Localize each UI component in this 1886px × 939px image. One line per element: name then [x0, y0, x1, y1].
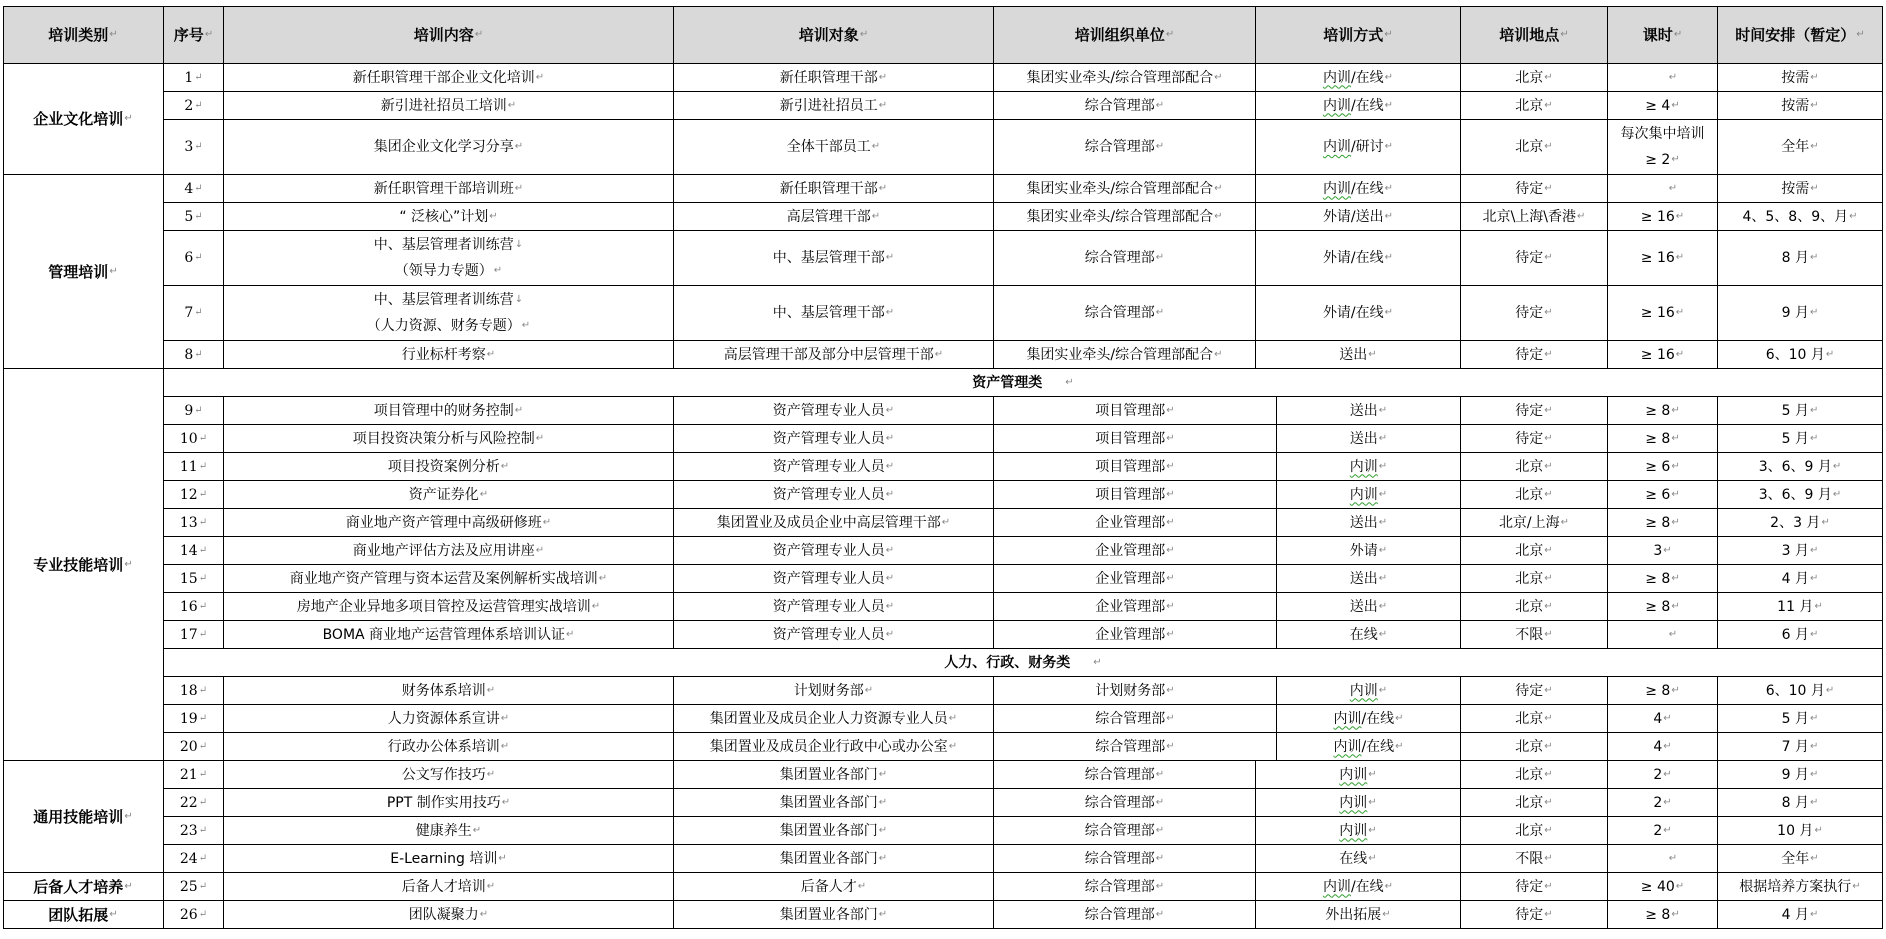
- category-cell: 团队拓展↵: [3, 901, 164, 929]
- training-audience-value: 集团置业及成员企业中高层管理干部: [717, 510, 941, 536]
- training-hours-line: ≥ 4: [1645, 98, 1670, 114]
- row-index-value: 26: [180, 902, 198, 928]
- paragraph-mark-icon: ↵: [886, 566, 894, 592]
- paragraph-mark-icon: ↵: [1810, 706, 1818, 732]
- training-organizer: 计划财务部↵: [994, 677, 1277, 705]
- training-hours: 2↵: [1608, 761, 1718, 789]
- training-hours-line: ≥ 40: [1641, 879, 1675, 895]
- training-audience: 资产管理专业人员↵: [674, 453, 994, 481]
- training-content-line: BOMA 商业地产运营管理体系培训认证: [323, 627, 565, 643]
- paragraph-mark-icon: ↵: [194, 134, 202, 160]
- paragraph-mark-icon: ↵: [1156, 902, 1164, 928]
- paragraph-mark-icon: ↵: [949, 706, 957, 732]
- paragraph-mark-icon: ↵: [1156, 134, 1164, 160]
- training-hours-line: 2: [1653, 823, 1662, 839]
- training-content-line: 项目投资决策分析与风险控制: [353, 431, 535, 447]
- training-content: 新任职管理干部培训班↵: [224, 175, 674, 203]
- training-method-value: 送出: [1350, 566, 1378, 592]
- training-schedule-value: 按需: [1781, 65, 1809, 91]
- paragraph-mark-icon: ↵: [1663, 713, 1671, 724]
- paragraph-mark-icon: ↵: [1379, 426, 1387, 452]
- training-method: 内训↵: [1277, 453, 1461, 481]
- training-method: 内训/在线↵: [1277, 733, 1461, 761]
- training-schedule: 按需↵: [1718, 92, 1883, 120]
- training-content: 人力资源体系宣讲↵: [224, 705, 674, 733]
- paragraph-mark-icon: ↵: [1368, 846, 1376, 872]
- paragraph-mark-icon: ↵: [494, 265, 502, 276]
- paragraph-mark-icon: ↵: [1676, 349, 1684, 360]
- row-index: 11↵: [164, 453, 224, 481]
- paragraph-mark-icon: ↵: [1810, 134, 1818, 160]
- row-index: 9↵: [164, 397, 224, 425]
- paragraph-mark-icon: ↵: [1849, 204, 1857, 230]
- paragraph-mark-icon: ↵: [1385, 134, 1393, 160]
- paragraph-mark-icon: ↵: [1671, 405, 1679, 416]
- training-organizer: 企业管理部↵: [994, 593, 1277, 621]
- paragraph-mark-icon: ↵: [1671, 685, 1679, 696]
- training-schedule: 9 月↵: [1718, 286, 1883, 341]
- paragraph-mark-icon: ↵: [199, 622, 207, 648]
- training-audience: 资产管理专业人员↵: [674, 481, 994, 509]
- paragraph-mark-icon: ↵: [194, 93, 202, 119]
- paragraph-mark-icon: ↵: [1810, 176, 1818, 202]
- paragraph-mark-icon: ↵: [124, 804, 132, 830]
- training-audience-value: 资产管理专业人员: [773, 594, 885, 620]
- paragraph-mark-icon: ↵: [1810, 398, 1818, 424]
- training-hours: ↵: [1608, 175, 1718, 203]
- paragraph-mark-icon: ↵: [536, 545, 544, 556]
- training-organizer-value: 综合管理部: [1095, 706, 1165, 732]
- paragraph-mark-icon: ↵: [199, 846, 207, 872]
- paragraph-mark-icon: ↵: [473, 825, 481, 836]
- paragraph-mark-icon: ↵: [1671, 461, 1679, 472]
- training-organizer-value: 综合管理部: [1085, 245, 1155, 271]
- training-hours: ≥ 8↵: [1608, 677, 1718, 705]
- training-content-line: E-Learning 培训: [390, 851, 497, 867]
- training-method-value: 内训: [1339, 790, 1367, 816]
- training-method: 送出↵: [1277, 509, 1461, 537]
- training-location-value: 待定: [1515, 902, 1543, 928]
- training-content-line: 行政办公体系培训: [388, 739, 500, 755]
- paragraph-mark-icon: ↵: [1368, 790, 1376, 816]
- column-header-label: 培训对象: [799, 22, 859, 48]
- paragraph-mark-icon: ↵: [199, 482, 207, 508]
- category-label: 管理培训: [48, 259, 108, 285]
- training-schedule: 6、10 月↵: [1718, 677, 1883, 705]
- paragraph-mark-icon: ↵: [1544, 245, 1552, 271]
- training-location: 北京\上海\香港↵: [1461, 203, 1608, 231]
- training-hours-line: ≥ 6: [1645, 487, 1670, 503]
- paragraph-mark-icon: ↵: [942, 510, 950, 536]
- column-header-label: 培训类别: [48, 22, 108, 48]
- training-hours: ≥ 16↵: [1608, 203, 1718, 231]
- training-hours: ≥ 8↵: [1608, 593, 1718, 621]
- training-content: 行政办公体系培训↵: [224, 733, 674, 761]
- paragraph-mark-icon: ↵: [1166, 454, 1174, 480]
- paragraph-mark-icon: ↵: [1379, 510, 1387, 536]
- paragraph-mark-icon: ↵: [194, 245, 202, 271]
- training-method: 外请↵: [1277, 537, 1461, 565]
- training-schedule: 5 月↵: [1718, 705, 1883, 733]
- paragraph-mark-icon: ↵: [1561, 510, 1569, 536]
- training-content: 公文写作技巧↵: [224, 761, 674, 789]
- training-method: 送出↵: [1277, 425, 1461, 453]
- paragraph-mark-icon: ↵: [1544, 566, 1552, 592]
- training-location: 不限↵: [1461, 845, 1608, 873]
- training-audience: 高层管理干部及部分中层管理干部↵: [674, 341, 994, 369]
- paragraph-mark-icon: ↵: [872, 204, 880, 230]
- training-audience: 资产管理专业人员↵: [674, 537, 994, 565]
- training-audience-value: 资产管理专业人员: [773, 398, 885, 424]
- paragraph-mark-icon: ↵: [1810, 538, 1818, 564]
- training-hours: 2↵: [1608, 789, 1718, 817]
- training-schedule-value: 按需: [1781, 176, 1809, 202]
- training-organizer-value: 项目管理部: [1095, 482, 1165, 508]
- training-method: 送出↵: [1277, 565, 1461, 593]
- paragraph-mark-icon: ↵: [1676, 307, 1684, 318]
- training-hours: ≥ 4↵: [1608, 92, 1718, 120]
- paragraph-mark-icon: ↵: [1544, 818, 1552, 844]
- paragraph-mark-icon: ↵: [886, 245, 894, 271]
- training-location: 待定↵: [1461, 677, 1608, 705]
- paragraph-mark-icon: ↵: [1676, 211, 1684, 222]
- training-organizer: 综合管理部↵: [994, 901, 1256, 929]
- training-content: 新任职管理干部企业文化培训↵: [224, 64, 674, 92]
- paragraph-mark-icon: ↵: [879, 846, 887, 872]
- training-organizer: 综合管理部↵: [994, 761, 1256, 789]
- paragraph-mark-icon: ↵: [205, 22, 213, 48]
- column-header-index: 序号↵: [164, 6, 224, 64]
- training-schedule-value: 全年: [1781, 846, 1809, 872]
- training-method-value: 送出: [1350, 594, 1378, 620]
- training-location-value: 待定: [1515, 342, 1543, 368]
- training-schedule-value: 4、5、8、9、月: [1742, 204, 1848, 230]
- training-schedule: 4 月↵: [1718, 901, 1883, 929]
- training-audience: 高层管理干部↵: [674, 203, 994, 231]
- training-schedule: 3、6、9 月↵: [1718, 453, 1883, 481]
- training-method-value: 在线: [1350, 622, 1378, 648]
- training-hours-line: 每次集中培训: [1621, 126, 1705, 142]
- paragraph-mark-icon: ↵: [1676, 252, 1684, 263]
- training-method-value: 内训: [1350, 454, 1378, 480]
- training-content: BOMA 商业地产运营管理体系培训认证↵: [224, 621, 674, 649]
- paragraph-mark-icon: ↵: [886, 426, 894, 452]
- training-hours-line: ≥ 16: [1641, 209, 1675, 225]
- paragraph-mark-icon: ↵: [1856, 22, 1864, 48]
- row-index-value: 2: [184, 93, 193, 119]
- training-audience-value: 全体干部员工: [787, 134, 871, 160]
- training-method-value: 内训: [1339, 762, 1367, 788]
- training-schedule: 6、10 月↵: [1718, 341, 1883, 369]
- paragraph-mark-icon: ↵: [199, 818, 207, 844]
- paragraph-mark-icon: ↵: [1395, 734, 1403, 760]
- training-schedule-value: 6、10 月: [1766, 342, 1825, 368]
- training-schedule-value: 6 月: [1782, 622, 1809, 648]
- row-index: 6↵: [164, 231, 224, 286]
- training-organizer: 综合管理部↵: [994, 789, 1256, 817]
- training-organizer-value: 综合管理部: [1085, 134, 1155, 160]
- training-hours-line: 2: [1653, 795, 1662, 811]
- paragraph-mark-icon: ↵: [1544, 594, 1552, 620]
- row-index-value: 14: [180, 538, 198, 564]
- training-schedule: 9 月↵: [1718, 761, 1883, 789]
- training-content-line: 项目管理中的财务控制: [374, 403, 514, 419]
- paragraph-mark-icon: ↵: [1156, 762, 1164, 788]
- training-schedule: 按需↵: [1718, 64, 1883, 92]
- training-content-line: 团队凝聚力: [409, 907, 479, 923]
- paragraph-mark-icon: ↵: [1810, 762, 1818, 788]
- row-index-value: 16: [180, 594, 198, 620]
- subsection-label: 人力、行政、财务类: [944, 650, 1070, 676]
- training-method-value: 外出拓展: [1325, 902, 1381, 928]
- training-organizer-value: 企业管理部: [1095, 538, 1165, 564]
- paragraph-mark-icon: ↵: [1544, 398, 1552, 424]
- training-hours-line: ≥ 8: [1645, 907, 1670, 923]
- row-index: 26↵: [164, 901, 224, 929]
- training-schedule-value: 9 月: [1782, 300, 1809, 326]
- paragraph-mark-icon: ↵: [1544, 65, 1552, 91]
- paragraph-mark-icon: ↵: [879, 176, 887, 202]
- training-location-value: 北京: [1515, 818, 1543, 844]
- training-location-value: 待定: [1515, 300, 1543, 326]
- training-content: “ 泛核心”计划↵: [224, 203, 674, 231]
- paragraph-mark-icon: ↵: [489, 211, 497, 222]
- paragraph-mark-icon: ↵: [501, 461, 509, 472]
- training-method: 送出↵: [1277, 397, 1461, 425]
- training-location: 待定↵: [1461, 286, 1608, 341]
- training-organizer: 综合管理部↵: [994, 845, 1256, 873]
- row-index: 5↵: [164, 203, 224, 231]
- training-content: 后备人才培训↵: [224, 873, 674, 901]
- column-header-content: 培训内容↵: [224, 6, 674, 64]
- training-audience-value: 资产管理专业人员: [773, 538, 885, 564]
- paragraph-mark-icon: ↵: [194, 176, 202, 202]
- training-audience-value: 集团置业及成员企业行政中心或办公室: [710, 734, 948, 760]
- paragraph-mark-icon: ↵: [1379, 482, 1387, 508]
- training-organizer-value: 企业管理部: [1095, 594, 1165, 620]
- subsection-header: 人力、行政、财务类↵: [164, 649, 1883, 677]
- training-organizer: 项目管理部↵: [994, 481, 1277, 509]
- training-location-value: 北京: [1515, 762, 1543, 788]
- training-organizer-value: 综合管理部: [1085, 846, 1155, 872]
- paragraph-mark-icon: ↵: [1379, 678, 1387, 704]
- training-audience: 计划财务部↵: [674, 677, 994, 705]
- training-content-line: 商业地产资产管理中高级研修班: [346, 515, 542, 531]
- training-schedule-value: 4 月: [1782, 566, 1809, 592]
- paragraph-mark-icon: ↵: [1544, 538, 1552, 564]
- paragraph-mark-icon: ↵: [1385, 93, 1393, 119]
- training-hours-line: ≥ 16: [1641, 305, 1675, 321]
- training-content-line: 中、基层管理者训练营: [374, 292, 514, 308]
- training-location: 北京↵: [1461, 817, 1608, 845]
- paragraph-mark-icon: ↵: [1544, 846, 1552, 872]
- row-index: 1↵: [164, 64, 224, 92]
- training-organizer-value: 综合管理部: [1085, 874, 1155, 900]
- training-hours: ≥ 6↵: [1608, 453, 1718, 481]
- paragraph-mark-icon: ↵: [1544, 134, 1552, 160]
- training-audience: 集团置业各部门↵: [674, 845, 994, 873]
- training-hours: ≥ 6↵: [1608, 481, 1718, 509]
- category-label: 通用技能培训: [33, 804, 123, 830]
- training-schedule-value: 8 月: [1782, 790, 1809, 816]
- training-content: 健康养生↵: [224, 817, 674, 845]
- paragraph-mark-icon: ↵: [1663, 741, 1671, 752]
- training-method-value: 内训/在线: [1323, 874, 1384, 900]
- training-content-line: 健康养生: [416, 823, 472, 839]
- row-index-value: 13: [180, 510, 198, 536]
- paragraph-mark-icon: ↵: [1577, 204, 1585, 230]
- training-location: 待定↵: [1461, 341, 1608, 369]
- training-schedule-value: 2、3 月: [1770, 510, 1820, 536]
- training-content-line: 财务体系培训: [402, 683, 486, 699]
- training-hours-line: ≥ 2: [1645, 152, 1670, 168]
- training-schedule: 11 月↵: [1718, 593, 1883, 621]
- training-hours-line: ≥ 8: [1645, 571, 1670, 587]
- paragraph-mark-icon: ↵: [1810, 846, 1818, 872]
- training-schedule: 5 月↵: [1718, 425, 1883, 453]
- row-index-value: 25: [180, 874, 198, 900]
- training-content-line: （领导力专题）: [395, 263, 493, 279]
- training-organizer-value: 综合管理部: [1085, 762, 1155, 788]
- paragraph-mark-icon: ↵: [1379, 566, 1387, 592]
- paragraph-mark-icon: ↵: [1166, 482, 1174, 508]
- training-schedule-value: 9 月: [1782, 762, 1809, 788]
- training-organizer: 项目管理部↵: [994, 397, 1277, 425]
- paragraph-mark-icon: ↵: [858, 874, 866, 900]
- training-location-value: 北京: [1515, 93, 1543, 119]
- paragraph-mark-icon: ↵: [1544, 622, 1552, 648]
- training-audience: 资产管理专业人员↵: [674, 425, 994, 453]
- training-method-value: 内训: [1350, 678, 1378, 704]
- training-audience: 全体干部员工↵: [674, 120, 994, 175]
- training-schedule-value: 3、6、9 月: [1759, 454, 1832, 480]
- training-location: 北京↵: [1461, 593, 1608, 621]
- training-organizer: 项目管理部↵: [994, 425, 1277, 453]
- training-audience-value: 集团置业各部门: [780, 818, 878, 844]
- training-schedule-value: 根据培养方案执行: [1739, 874, 1851, 900]
- training-location: 待定↵: [1461, 901, 1608, 929]
- paragraph-mark-icon: ↵: [1166, 510, 1174, 536]
- training-organizer-value: 项目管理部: [1095, 426, 1165, 452]
- subsection-header: 资产管理类↵: [164, 369, 1883, 397]
- training-audience-value: 资产管理专业人员: [773, 482, 885, 508]
- paragraph-mark-icon: ↵: [1379, 622, 1387, 648]
- paragraph-mark-icon: ↵: [487, 769, 495, 780]
- category-label: 团队拓展: [48, 902, 108, 928]
- paragraph-mark-icon: ↵: [1544, 342, 1552, 368]
- training-location: 待定↵: [1461, 397, 1608, 425]
- training-method: 内训↵: [1256, 817, 1461, 845]
- paragraph-mark-icon: ↵: [515, 405, 523, 416]
- training-organizer-value: 综合管理部: [1085, 818, 1155, 844]
- training-content: 中、基层管理者训练营↓（领导力专题）↵: [224, 231, 674, 286]
- training-schedule: 全年↵: [1718, 120, 1883, 175]
- training-schedule: 3、6、9 月↵: [1718, 481, 1883, 509]
- paragraph-mark-icon: ↵: [1669, 629, 1677, 640]
- training-schedule: 3 月↵: [1718, 537, 1883, 565]
- column-header-label: 时间安排（暂定）: [1735, 22, 1855, 48]
- paragraph-mark-icon: ↵: [1368, 818, 1376, 844]
- paragraph-mark-icon: ↵: [1833, 482, 1841, 508]
- paragraph-mark-icon: ↵: [1395, 706, 1403, 732]
- training-content: 团队凝聚力↵: [224, 901, 674, 929]
- training-hours-line: ≥ 8: [1645, 403, 1670, 419]
- paragraph-mark-icon: ↵: [1810, 734, 1818, 760]
- paragraph-mark-icon: ↵: [1379, 398, 1387, 424]
- paragraph-mark-icon: ↵: [872, 134, 880, 160]
- paragraph-mark-icon: ↵: [1671, 909, 1679, 920]
- paragraph-mark-icon: ↵: [1214, 204, 1222, 230]
- paragraph-mark-icon: ↵: [1385, 204, 1393, 230]
- training-hours-line: ≥ 8: [1645, 431, 1670, 447]
- column-header-schedule: 时间安排（暂定）↵: [1718, 6, 1883, 64]
- paragraph-mark-icon: ↵: [886, 398, 894, 424]
- training-content-line: 资产证券化: [409, 487, 479, 503]
- paragraph-mark-icon: ↵: [1826, 342, 1834, 368]
- paragraph-mark-icon: ↵: [1810, 902, 1818, 928]
- training-content-line: 人力资源体系宣讲: [388, 711, 500, 727]
- row-index-value: 24: [180, 846, 198, 872]
- paragraph-mark-icon: ↵: [487, 881, 495, 892]
- training-method-value: 内训/在线: [1323, 93, 1384, 119]
- paragraph-mark-icon: ↵: [1671, 154, 1679, 165]
- subsection-label: 资产管理类: [972, 370, 1042, 396]
- row-index: 19↵: [164, 705, 224, 733]
- paragraph-mark-icon: ↵: [480, 489, 488, 500]
- row-index: 24↵: [164, 845, 224, 873]
- training-method-value: 内训/研讨: [1323, 134, 1384, 160]
- training-location: 北京↵: [1461, 537, 1608, 565]
- training-method-value: 内训/在线: [1323, 65, 1384, 91]
- training-hours: ↵: [1608, 64, 1718, 92]
- paragraph-mark-icon: ↵: [1214, 176, 1222, 202]
- training-schedule-value: 7 月: [1782, 734, 1809, 760]
- paragraph-mark-icon: ↵: [879, 65, 887, 91]
- training-method: 内训/在线↵: [1256, 64, 1461, 92]
- training-content: 项目投资决策分析与风险控制↵: [224, 425, 674, 453]
- paragraph-mark-icon: ↵: [199, 706, 207, 732]
- paragraph-mark-icon: ↵: [1166, 398, 1174, 424]
- training-content-line: “ 泛核心”计划: [399, 209, 488, 225]
- row-index: 12↵: [164, 481, 224, 509]
- training-hours-line: ≥ 8: [1645, 515, 1670, 531]
- paragraph-mark-icon: ↵: [1810, 790, 1818, 816]
- row-index: 18↵: [164, 677, 224, 705]
- training-organizer-value: 企业管理部: [1095, 622, 1165, 648]
- training-hours-line: 4: [1653, 739, 1662, 755]
- paragraph-mark-icon: ↵: [1385, 874, 1393, 900]
- paragraph-mark-icon: ↵: [109, 902, 117, 928]
- training-method: 内训↵: [1256, 789, 1461, 817]
- training-hours: ≥ 8↵: [1608, 901, 1718, 929]
- training-content: 行业标杆考察↵: [224, 341, 674, 369]
- row-index-value: 22: [180, 790, 198, 816]
- training-schedule-value: 全年: [1781, 134, 1809, 160]
- training-organizer-value: 项目管理部: [1095, 454, 1165, 480]
- training-schedule-value: 3 月: [1782, 538, 1809, 564]
- paragraph-mark-icon: ↵: [1544, 902, 1552, 928]
- row-index: 20↵: [164, 733, 224, 761]
- training-location-value: 待定: [1515, 426, 1543, 452]
- training-location: 北京/上海↵: [1461, 509, 1608, 537]
- row-index: 4↵: [164, 175, 224, 203]
- training-audience: 集团置业及成员企业中高层管理干部↵: [674, 509, 994, 537]
- paragraph-mark-icon: ↵: [536, 433, 544, 444]
- training-audience-value: 中、基层管理干部: [773, 300, 885, 326]
- training-content: 房地产企业异地多项目管控及运营管理实战培训↵: [224, 593, 674, 621]
- paragraph-mark-icon: ↵: [949, 734, 957, 760]
- training-audience-value: 资产管理专业人员: [773, 566, 885, 592]
